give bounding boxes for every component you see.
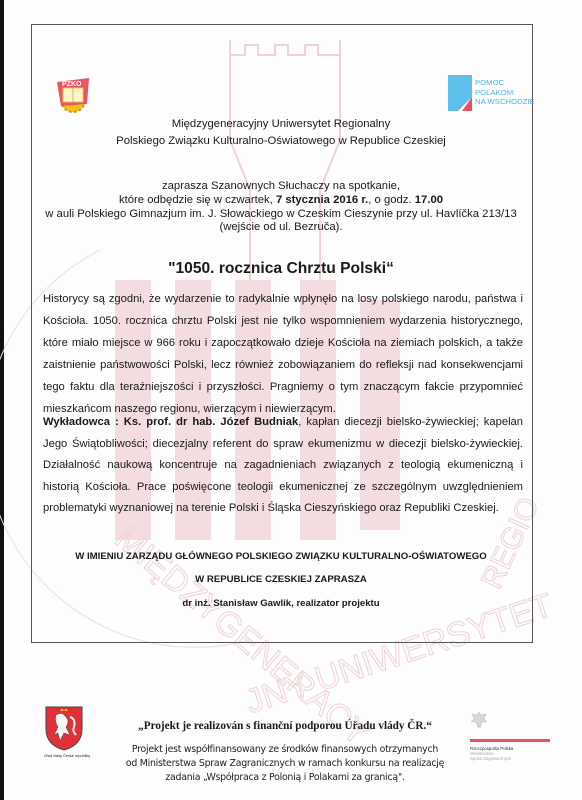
invitation-line-4: (wejście od ul. Bezruča). xyxy=(31,221,531,235)
invitation-line-1: zaprasza Szanownych Słuchaczy na spotkan… xyxy=(31,180,531,194)
event-time: 17.00 xyxy=(415,194,443,206)
lecturer-paragraph: Wykładowca : Ks. prof. dr hab. Józef Bud… xyxy=(43,412,523,520)
lecturer-name: Ks. prof. dr hab. Józef Budniak xyxy=(124,416,298,428)
pomoc-polakom-corner-icon xyxy=(448,75,472,111)
invitation-line-3: w auli Polskiego Gimnazjum im. J. Słowac… xyxy=(31,208,531,222)
polish-eagle-icon xyxy=(470,710,488,730)
organization-header: Międzygeneracyjny Uniwersytet Regionalny… xyxy=(31,116,531,150)
event-date: 7 stycznia 2016 r. xyxy=(276,194,368,206)
lecturer-label: Wykładowca : xyxy=(43,416,124,428)
lecturer-bio: , kapłan diecezji bielsko-żywieckiej; ka… xyxy=(43,416,523,514)
scan-edge xyxy=(0,0,4,800)
event-title: "1050. rocznica Chrztu Polski“ xyxy=(31,260,531,278)
polish-funding-note: Projekt jest współfinansowany ze środków… xyxy=(100,743,470,785)
polish-ministry-logo-text: Rzeczpospolita Polska Ministerstwo Spraw… xyxy=(470,746,513,761)
svg-text:PZKO: PZKO xyxy=(62,81,82,88)
pomoc-polakom-text: POMOC POLAKOM NA WSCHODZIE xyxy=(475,78,535,107)
czech-office-caption: Úřad vlády České republiky xyxy=(32,754,102,758)
czech-funding-note: „Projekt je realizován s finanční podpor… xyxy=(100,720,470,732)
signature-line-3: dr inż. Stanisław Gawlik, realizator pro… xyxy=(31,598,531,609)
czech-coat-of-arms-icon xyxy=(44,705,84,751)
signature-line-1: W IMIENIU ZARZĄDU GŁÓWNEGO POLSKIEGO ZWI… xyxy=(31,551,531,562)
pomoc-polakom-logo: POMOC POLAKOM NA WSCHODZIE xyxy=(448,75,558,111)
signature-line-2: W REPUBLICE CZESKIEJ ZAPRASZA xyxy=(31,574,531,585)
header-line-2: Polskiego Związku Kulturalno-Oświatowego… xyxy=(31,133,531,150)
header-line-1: Międzygeneracyjny Uniwersytet Regionalny xyxy=(31,116,531,133)
description-paragraph: Historycy są zgodni, że wydarzenie to ra… xyxy=(43,288,523,420)
pzko-logo-icon: PZKO xyxy=(53,74,93,114)
invitation-block: zaprasza Szanownych Słuchaczy na spotkan… xyxy=(31,180,531,235)
polish-flag-bar xyxy=(470,739,550,742)
invitation-line-2: które odbędzie się w czwartek, 7 styczni… xyxy=(31,194,531,208)
